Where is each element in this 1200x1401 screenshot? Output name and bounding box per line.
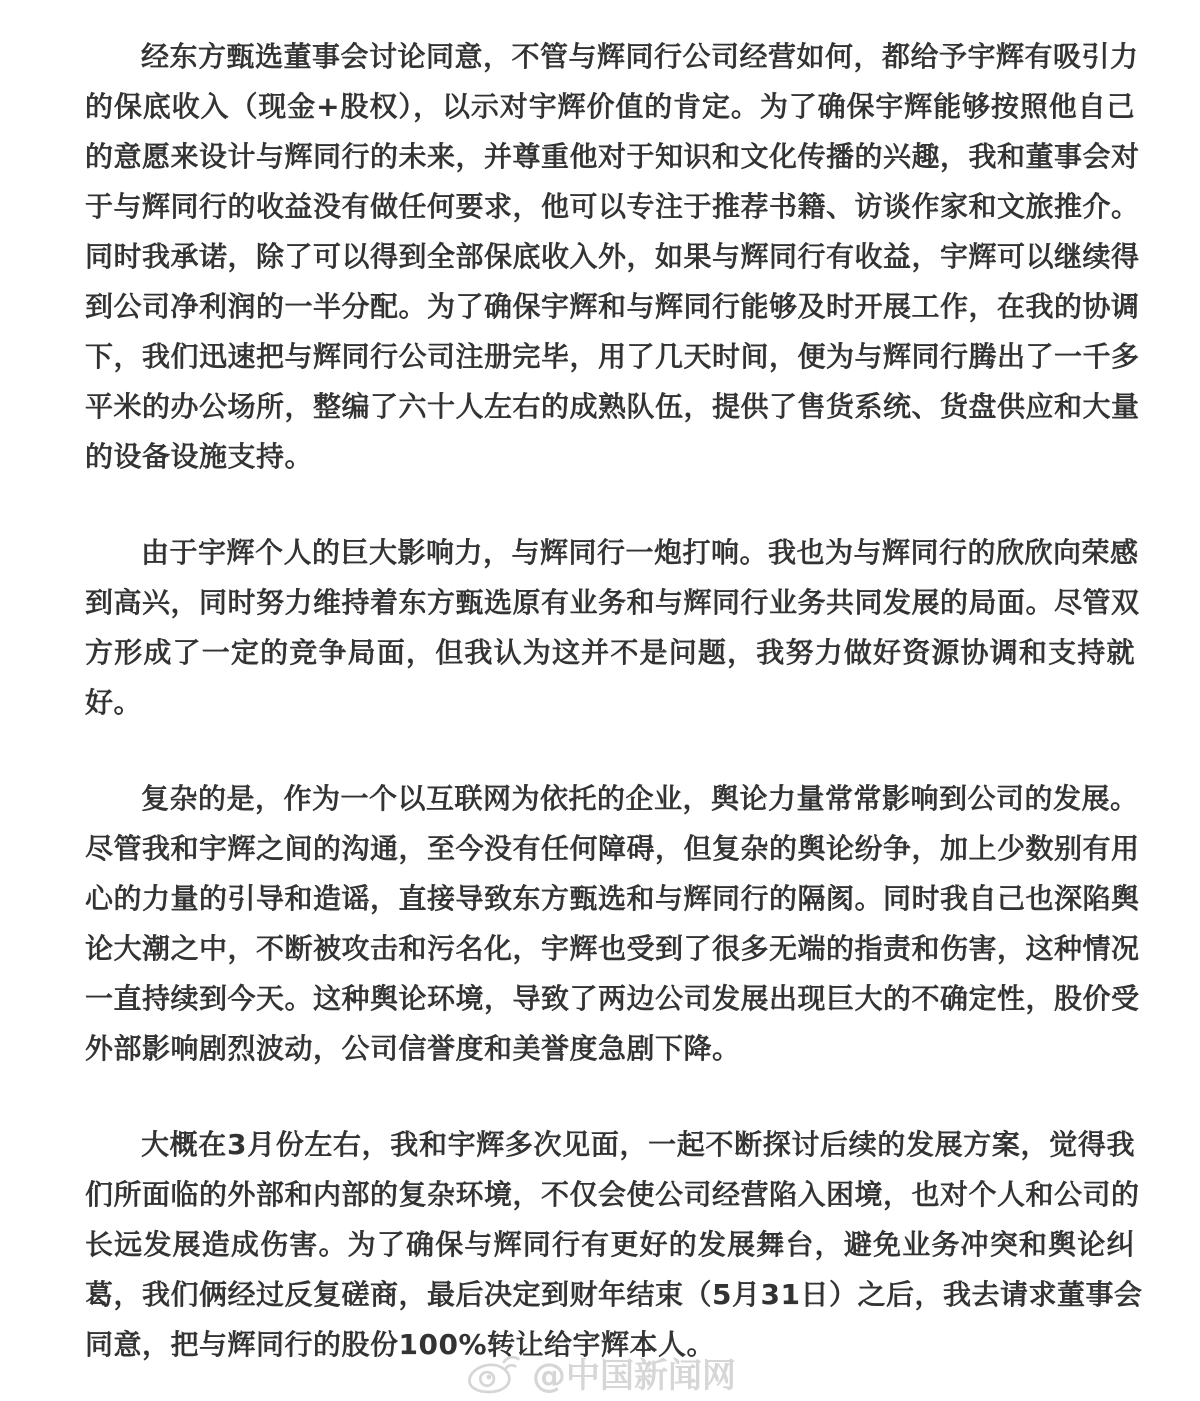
text-line: 同时我承诺，除了可以得到全部保底收入外，如果与辉同行有收益，宇辉可以继续得 (85, 232, 1135, 282)
text-line: 的设备设施支持。 (85, 432, 1135, 482)
text-line: 由于宇辉个人的巨大影响力，与辉同行一炮打响。我也为与辉同行的欣欣向荣感 (85, 528, 1135, 578)
text-content: 经东方甄选董事会讨论同意，不管与辉同行公司经营如何，都给予宇辉有吸引力的保底收入… (85, 32, 1135, 1370)
paragraph: 大概在3月份左右，我和宇辉多次见面，一起不断探讨后续的发展方案，觉得我们所面临的… (85, 1120, 1135, 1370)
text-line: 好。 (85, 678, 1135, 728)
text-line: 到公司净利润的一半分配。为了确保宇辉和与辉同行能够及时开展工作，在我的协调 (85, 282, 1135, 332)
paragraph: 复杂的是，作为一个以互联网为依托的企业，舆论力量常常影响到公司的发展。尽管我和宇… (85, 774, 1135, 1074)
text-line: 一直持续到今天。这种舆论环境，导致了两边公司发展出现巨大的不确定性，股价受 (85, 974, 1135, 1024)
text-line: 论大潮之中，不断被攻击和污名化，宇辉也受到了很多无端的指责和伤害，这种情况 (85, 924, 1135, 974)
text-line: 葛，我们俩经过反复磋商，最后决定到财年结束（5月31日）之后，我去请求董事会 (85, 1270, 1135, 1320)
text-line: 到高兴，同时努力维持着东方甄选原有业务和与辉同行业务共同发展的局面。尽管双 (85, 578, 1135, 628)
text-line: 大概在3月份左右，我和宇辉多次见面，一起不断探讨后续的发展方案，觉得我 (85, 1120, 1135, 1170)
text-line: 平米的办公场所，整编了六十人左右的成熟队伍，提供了售货系统、货盘供应和大量 (85, 382, 1135, 432)
paragraph: 由于宇辉个人的巨大影响力，与辉同行一炮打响。我也为与辉同行的欣欣向荣感到高兴，同… (85, 528, 1135, 728)
weibo-icon (464, 1350, 522, 1396)
text-line: 长远发展造成伤害。为了确保与辉同行有更好的发展舞台，避免业务冲突和舆论纠 (85, 1220, 1135, 1270)
text-line: 复杂的是，作为一个以互联网为依托的企业，舆论力量常常影响到公司的发展。 (85, 774, 1135, 824)
text-line: 下，我们迅速把与辉同行公司注册完毕，用了几天时间，便为与辉同行腾出了一千多 (85, 332, 1135, 382)
text-line: 心的力量的引导和造谣，直接导致东方甄选和与辉同行的隔阂。同时我自己也深陷舆 (85, 874, 1135, 924)
paragraph: 经东方甄选董事会讨论同意，不管与辉同行公司经营如何，都给予宇辉有吸引力的保底收入… (85, 32, 1135, 482)
text-line: 的保底收入（现金+股权），以示对宇辉价值的肯定。为了确保宇辉能够按照他自己 (85, 82, 1135, 132)
text-line: 的意愿来设计与辉同行的未来，并尊重他对于知识和文化传播的兴趣，我和董事会对 (85, 132, 1135, 182)
text-line: 经东方甄选董事会讨论同意，不管与辉同行公司经营如何，都给予宇辉有吸引力 (85, 32, 1135, 82)
text-line: 于与辉同行的收益没有做任何要求，他可以专注于推荐书籍、访谈作家和文旅推介。 (85, 182, 1135, 232)
text-line: 外部影响剧烈波动，公司信誉度和美誉度急剧下降。 (85, 1024, 1135, 1074)
text-line: 方形成了一定的竞争局面，但我认为这并不是问题，我努力做好资源协调和支持就 (85, 628, 1135, 678)
document-page: 经东方甄选董事会讨论同意，不管与辉同行公司经营如何，都给予宇辉有吸引力的保底收入… (0, 0, 1200, 1401)
text-line: 们所面临的外部和内部的复杂环境，不仅会使公司经营陷入困境，也对个人和公司的 (85, 1170, 1135, 1220)
watermark: @中国新闻网 (464, 1348, 736, 1397)
watermark-handle: @中国新闻网 (532, 1348, 736, 1397)
text-line: 尽管我和宇辉之间的沟通，至今没有任何障碍，但复杂的舆论纷争，加上少数别有用 (85, 824, 1135, 874)
